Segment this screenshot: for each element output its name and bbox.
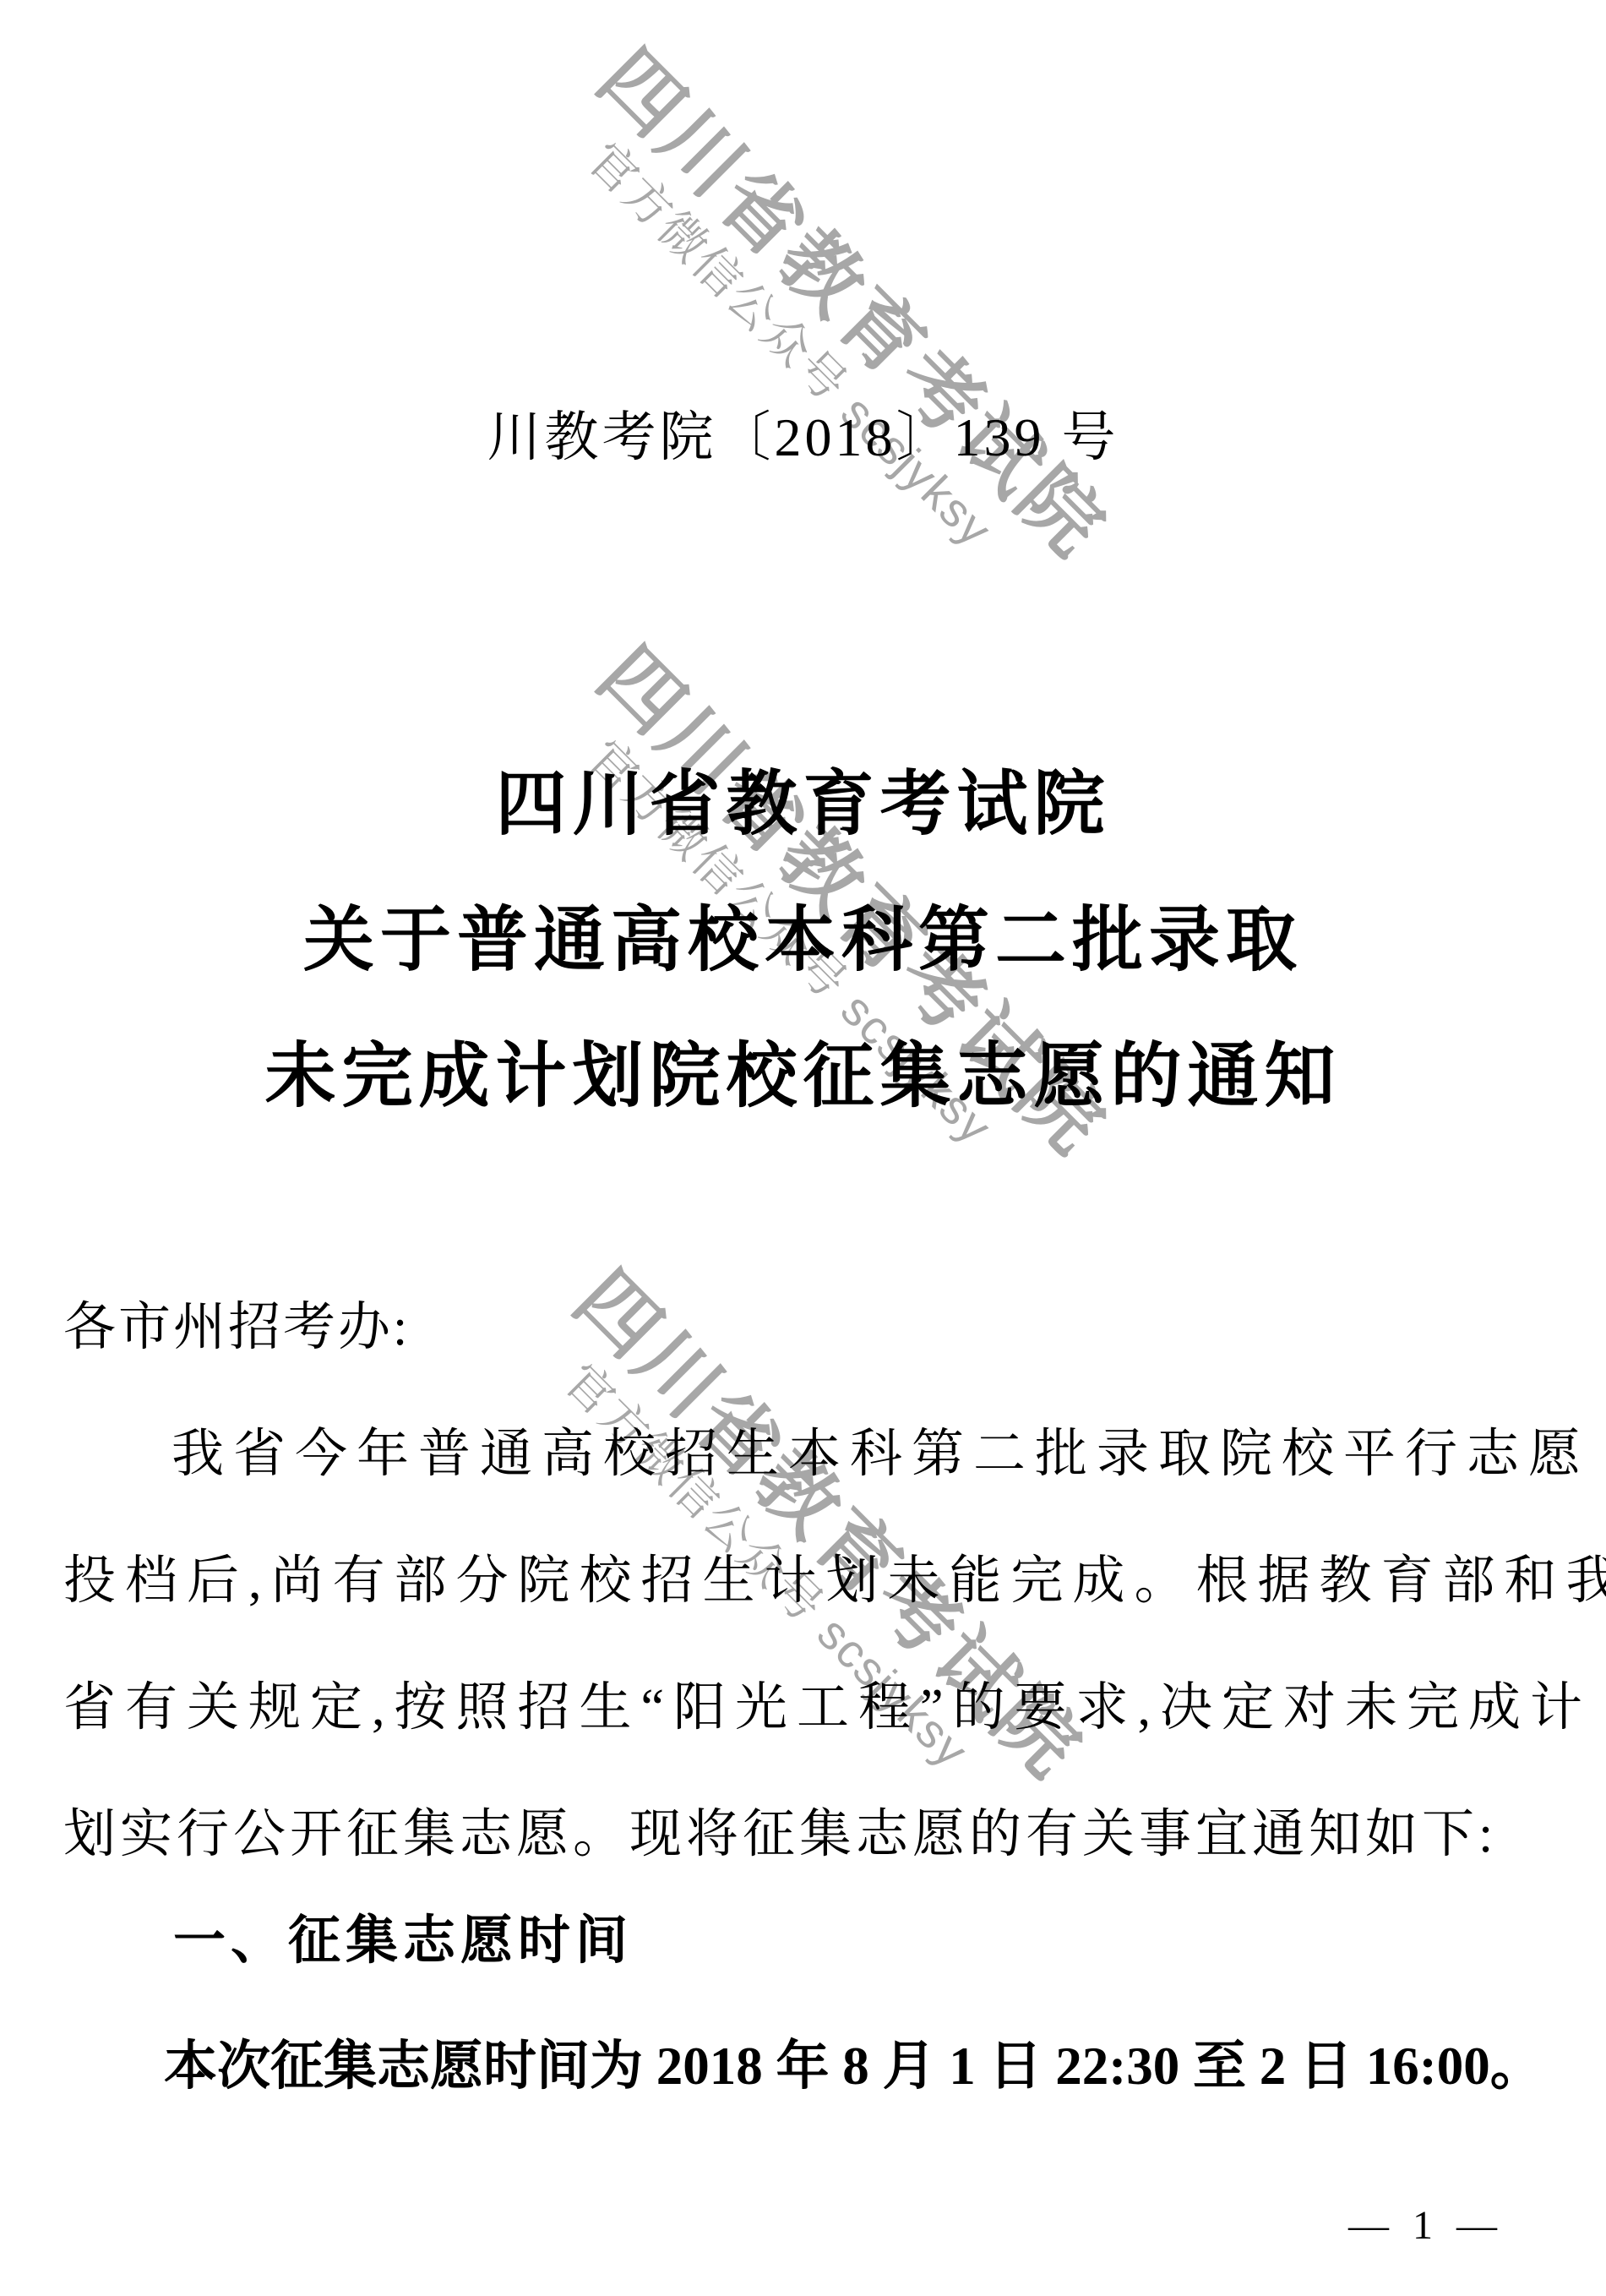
paragraph-line: 划实行公开征集志愿。现将征集志愿的有关事宜通知如下:: [63, 1803, 1497, 1866]
paragraph-line: 投档后,尚有部分院校招生计划未能完成。根据教育部和我: [63, 1550, 1606, 1612]
title-line-2: 关于普通高校本科第二批录取: [0, 873, 1606, 1009]
page-number: — 1 —: [1348, 2202, 1504, 2249]
salutation: 各市州招考办:: [63, 1296, 410, 1359]
paragraph-line: 省有关规定,按照招生“阳光工程”的要求,决定对未完成计: [63, 1677, 1592, 1739]
section-heading-1: 一、征集志愿时间: [173, 1898, 633, 1973]
document-page: 四川省教育考试院 官方微信公众号 scsjyksy 四川省教育考试院 官方微信公…: [0, 0, 1606, 2296]
document-content: 川教考院〔2018〕139 号 四川省教育考试院 关于普通高校本科第二批录取 未…: [0, 0, 1606, 2296]
title-line-3: 未完成计划院校征集志愿的通知: [0, 1009, 1606, 1145]
paragraph-line: 我省今年普通高校招生本科第二批录取院校平行志愿: [171, 1423, 1590, 1486]
doc-number: 川教考院〔2018〕139 号: [0, 394, 1606, 472]
title-line-1: 四川省教育考试院: [0, 737, 1606, 873]
section-1-time-line: 本次征集志愿时间为 2018 年 8 月 1 日 22:30 至 2 日 16:…: [164, 2023, 1543, 2100]
document-title: 四川省教育考试院 关于普通高校本科第二批录取 未完成计划院校征集志愿的通知: [0, 737, 1606, 1145]
